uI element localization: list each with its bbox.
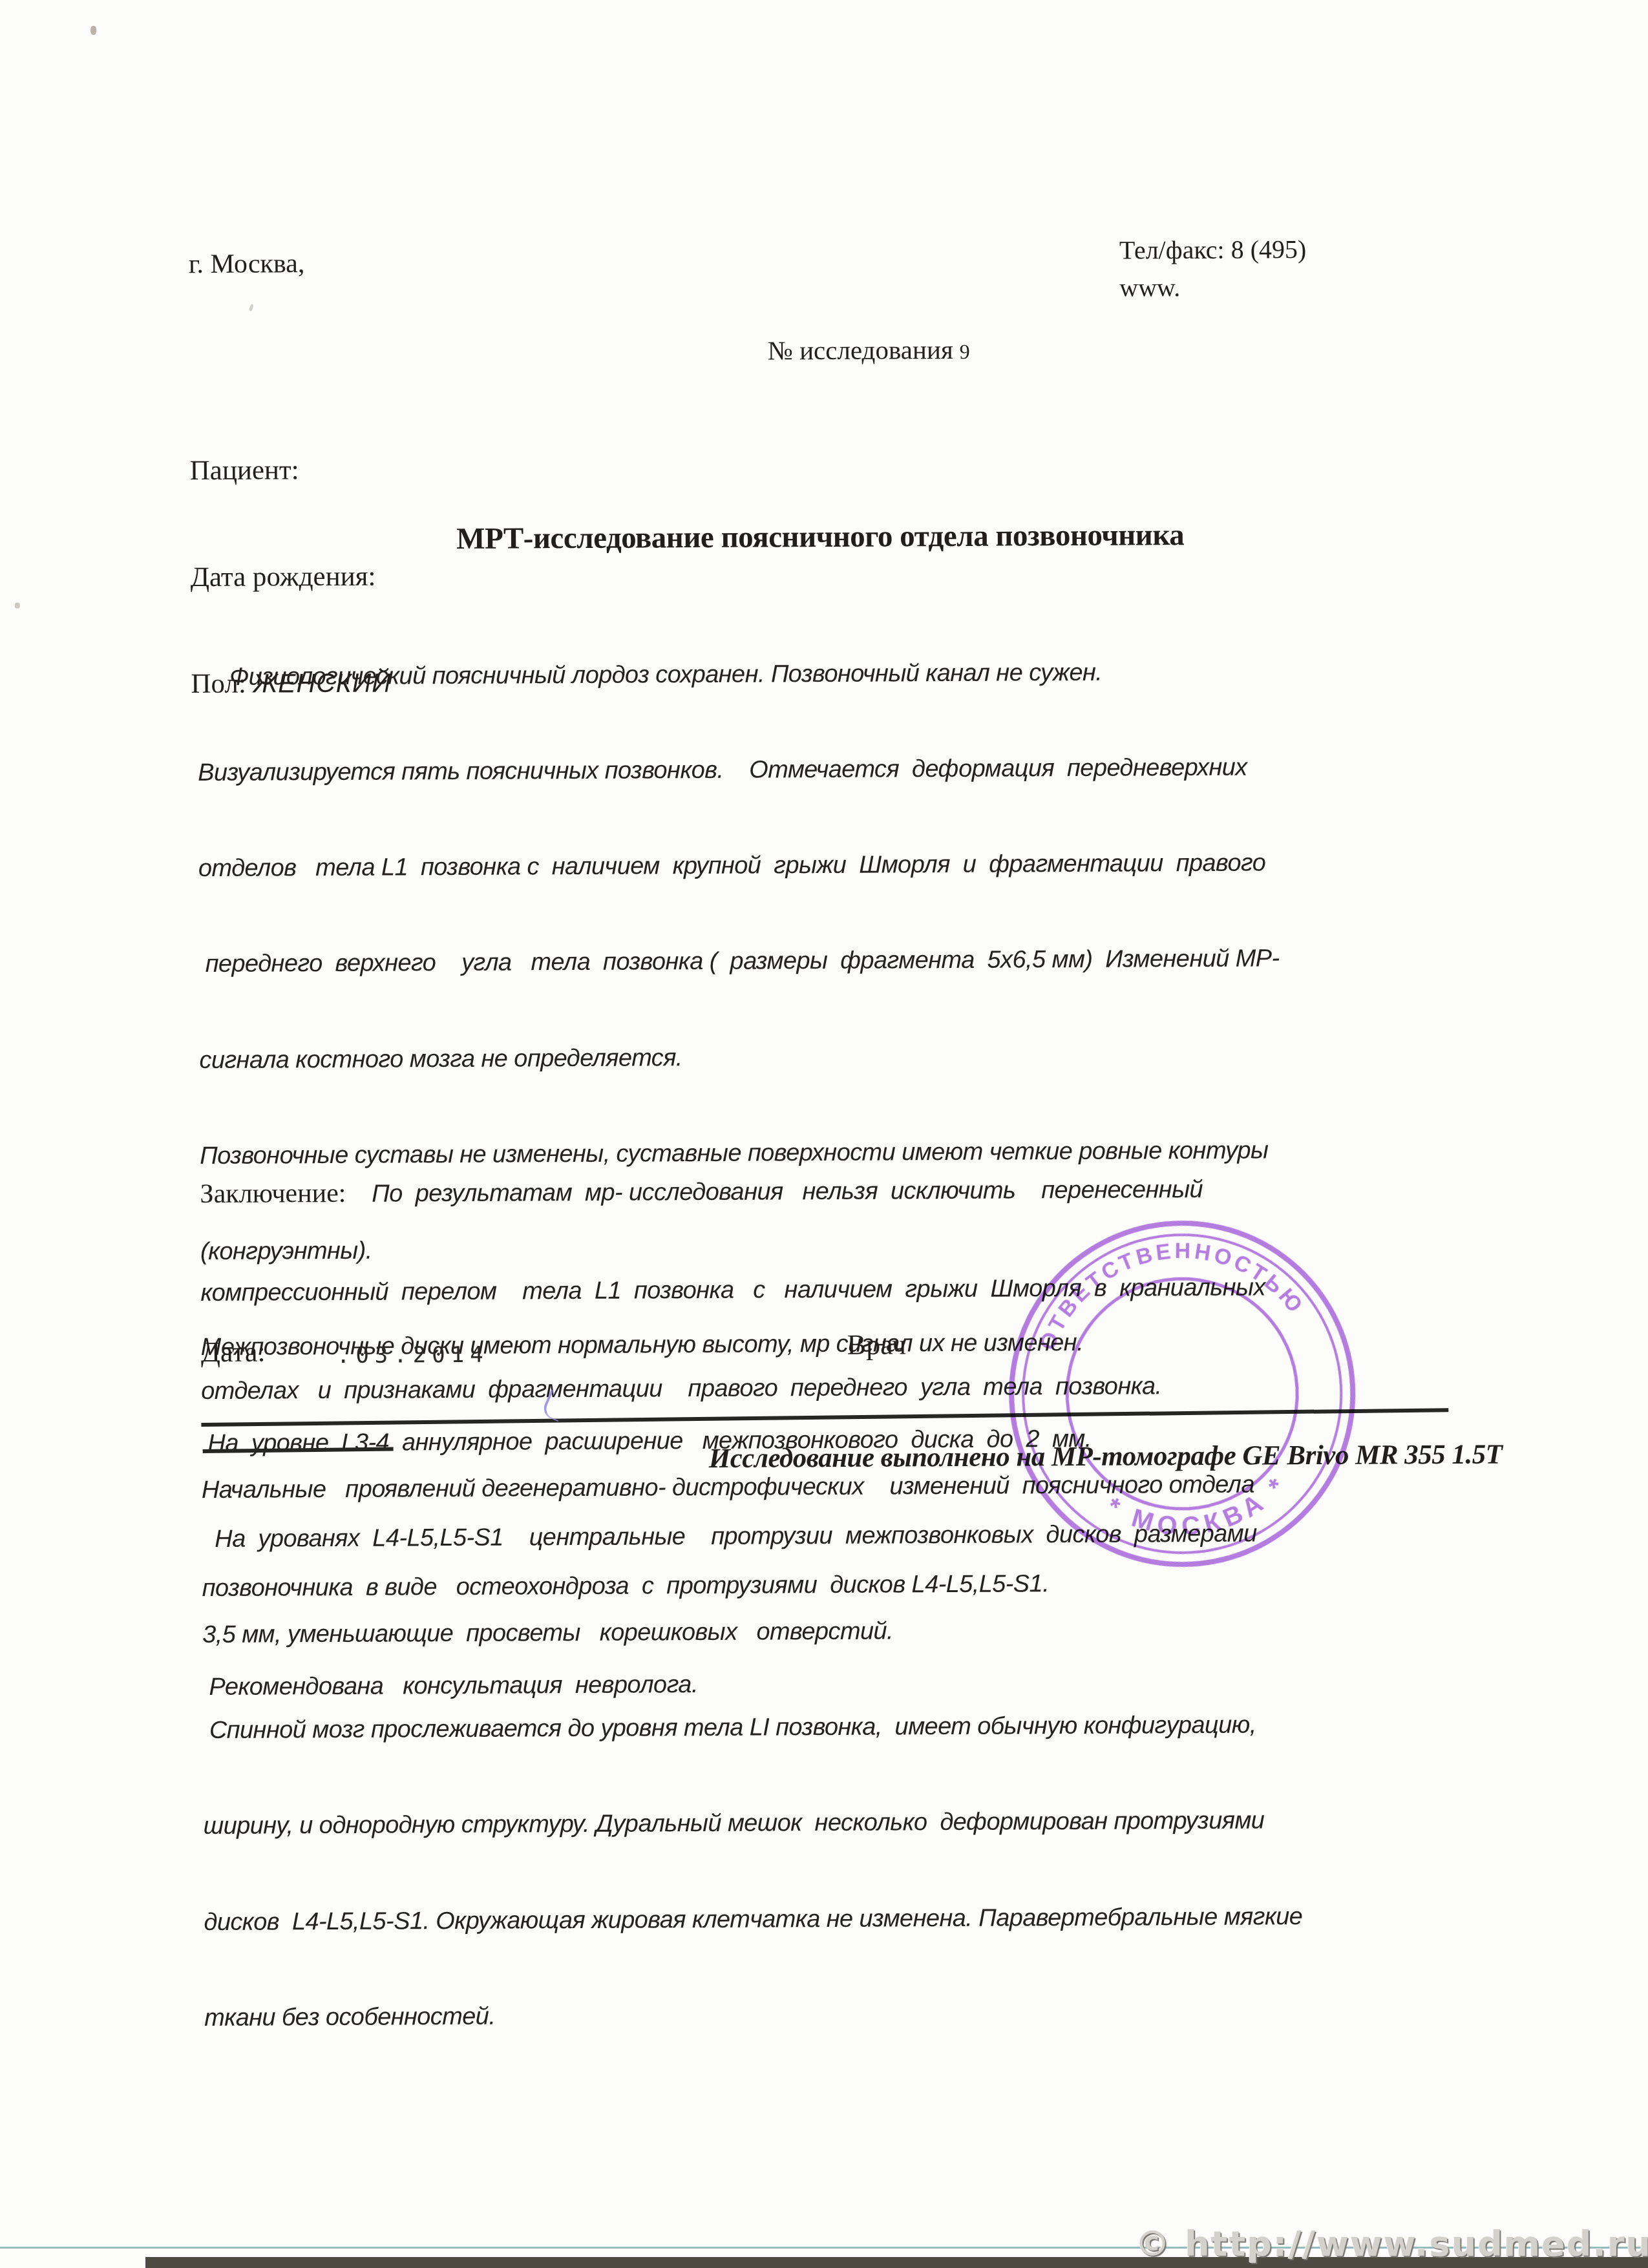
scan-speck bbox=[90, 26, 96, 35]
city-label: г. Москва, bbox=[189, 248, 305, 280]
conclusion-line: позвоночника в виде остеохондроза с прот… bbox=[202, 1566, 1469, 1605]
study-number-row: № исследования9 bbox=[768, 334, 970, 366]
round-stamp: ОТВЕТСТВЕННОСТЬЮ * МОСКВА * bbox=[977, 1189, 1388, 1599]
study-number-label: № исследования bbox=[768, 335, 953, 366]
scanned-report-page: г. Москва, Тел/факс: 8 (495) www. № иссл… bbox=[0, 0, 1648, 2268]
report-line: дисков L4-L5,L5-S1. Окружающая жировая к… bbox=[204, 1900, 1470, 1938]
report-line: Визуализируется пять поясничных позвонко… bbox=[198, 751, 1464, 790]
report-title: МРТ-исследование поясничного отдела позв… bbox=[196, 516, 1444, 558]
scan-speck bbox=[249, 304, 254, 311]
study-number-value: 9 bbox=[960, 340, 970, 363]
date-label: Дата: bbox=[201, 1336, 266, 1369]
phone-fax-label: Тел/факс: 8 (495) bbox=[1119, 234, 1307, 266]
conclusion-label: Заключение: bbox=[200, 1178, 346, 1208]
birth-date-label: Дата рождения: bbox=[190, 558, 390, 595]
stamp-top-text: ОТВЕТСТВЕННОСТЬЮ bbox=[1022, 1220, 1311, 1356]
report-line: отделов тела L1 позвонка с наличием круп… bbox=[198, 846, 1465, 885]
date-value: .03.2014 bbox=[337, 1342, 489, 1369]
doctor-label: Врач bbox=[847, 1328, 907, 1361]
source-watermark: © http://www.sudmed.ru bbox=[1135, 2223, 1648, 2264]
report-line: ткани без особенностей. bbox=[204, 1996, 1471, 2035]
conclusion-line: Рекомендована консультация невролога. bbox=[202, 1664, 1469, 1703]
report-line: сигнала костного мозга не определяется. bbox=[199, 1038, 1466, 1076]
scan-speck bbox=[15, 603, 20, 609]
patient-label: Пациент: bbox=[190, 452, 390, 488]
report-line: Физиологический поясничный лордоз сохран… bbox=[197, 655, 1464, 694]
website-label: www. bbox=[1119, 272, 1180, 302]
svg-text:ОТВЕТСТВЕННОСТЬЮ: ОТВЕТСТВЕННОСТЬЮ bbox=[1022, 1220, 1311, 1356]
conclusion-text: По результатам мр- исследования нельзя и… bbox=[346, 1176, 1203, 1208]
report-line: ширину, и однородную структуру. Дуральны… bbox=[204, 1804, 1470, 1843]
document-content: г. Москва, Тел/факс: 8 (495) www. № иссл… bbox=[0, 0, 1648, 2268]
report-line: переднего верхнего угла тела позвонка ( … bbox=[199, 942, 1466, 981]
